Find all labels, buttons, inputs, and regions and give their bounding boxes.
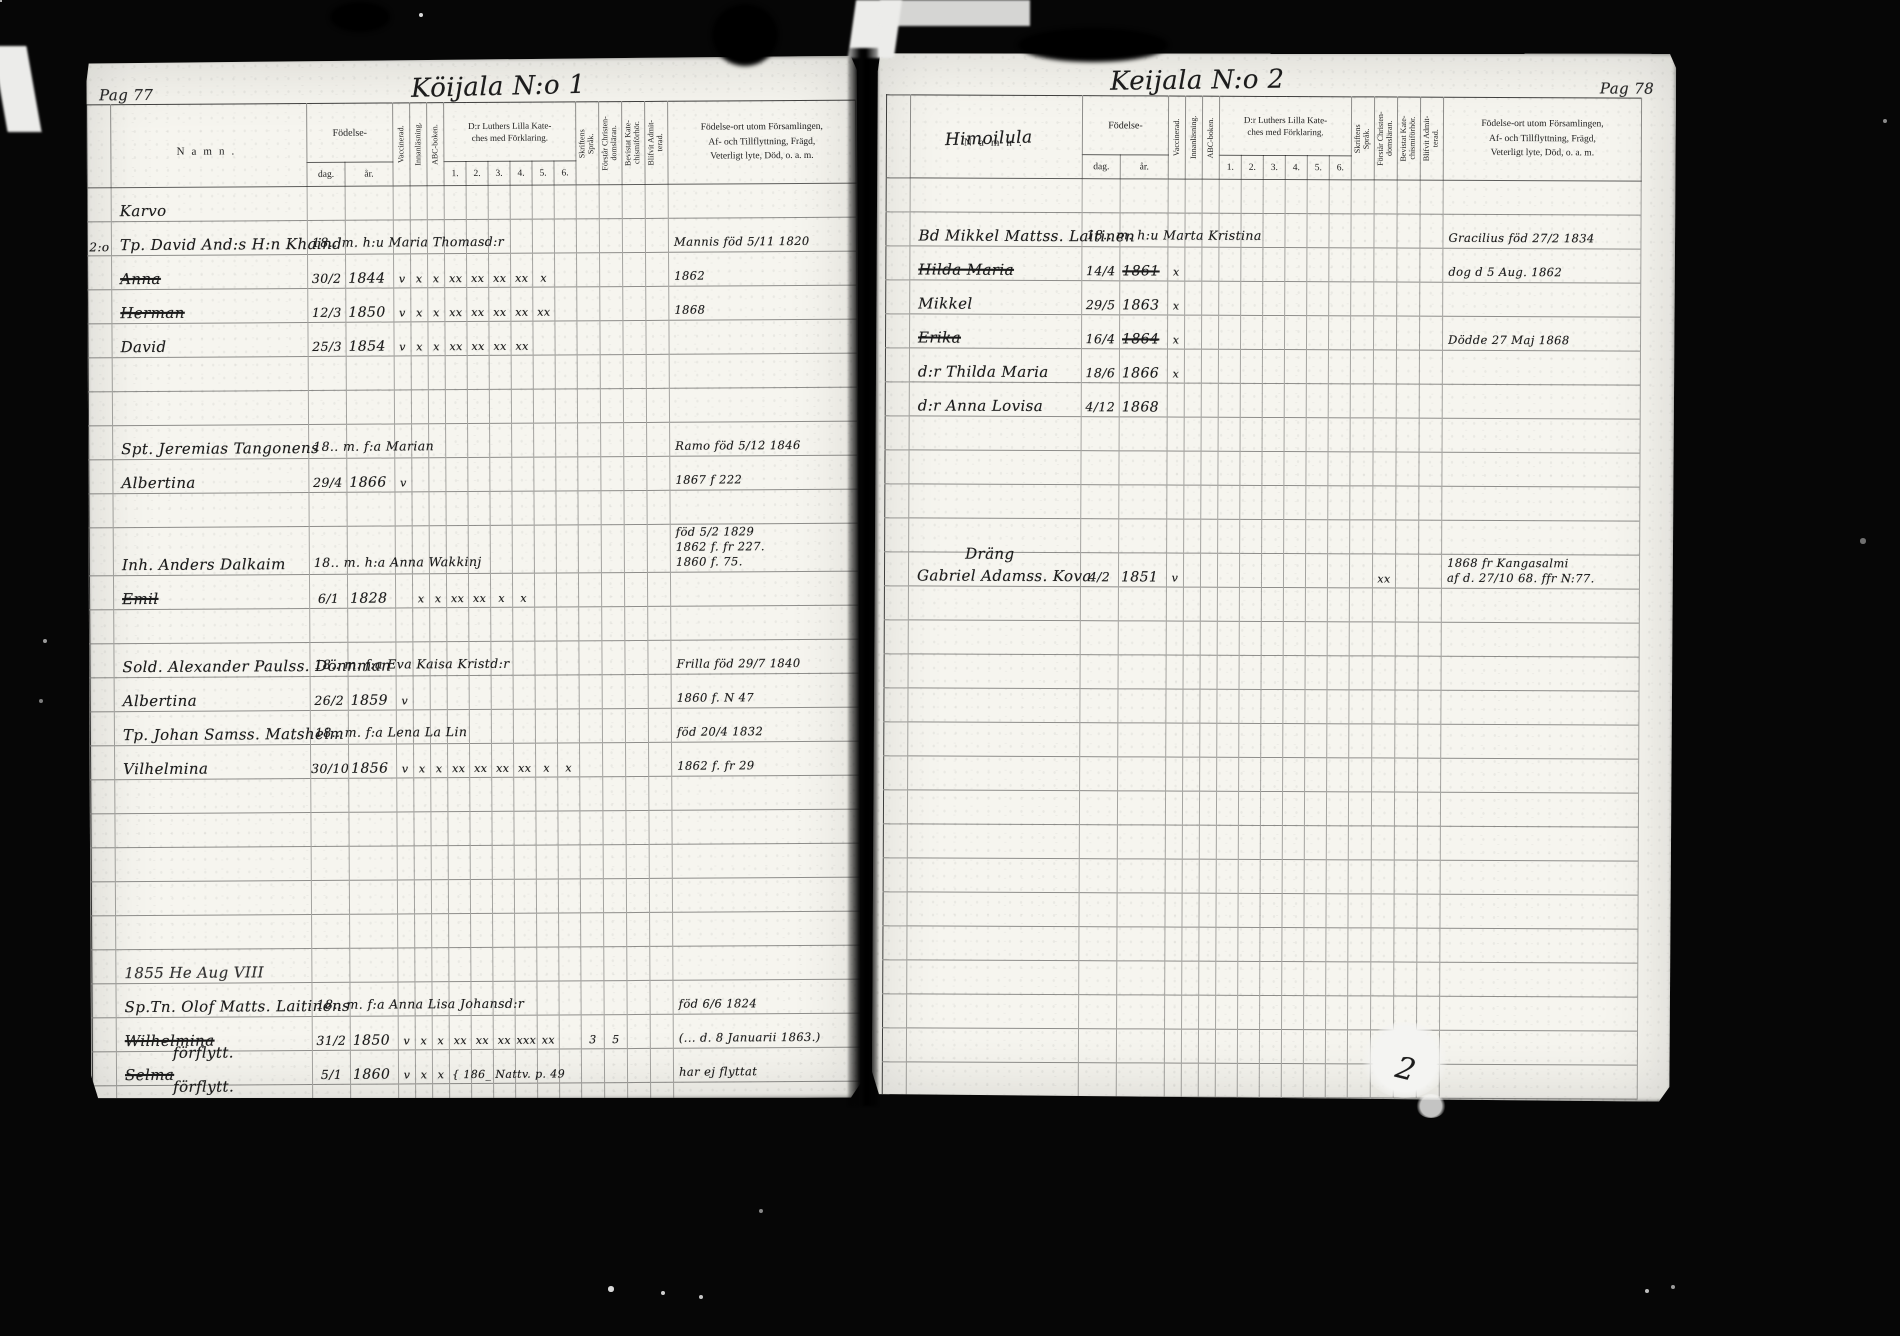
handwritten-entry: Albertina <box>123 692 197 710</box>
reading-column-header: Innanläsning. <box>1185 96 1202 179</box>
table-row: Inh. Anders Dalkaim18.. m. h:a Anna Wakk… <box>89 523 858 576</box>
handwritten-entry: 1864 <box>1120 331 1159 347</box>
vaccinated-column-header: Vaccinerad. <box>1168 96 1185 179</box>
table-row: Herman12/31850vxxxxxxxxxxxx1868 <box>88 285 857 324</box>
film-tear-patch <box>0 46 42 132</box>
birth-column-header: Födelse- <box>307 103 393 163</box>
handwritten-entry: v <box>401 694 408 707</box>
right-page-number: Pag 78 <box>1600 79 1654 97</box>
handwritten-entry: 20/5 <box>317 1101 347 1116</box>
table-row: Mikkel29/51863x <box>886 280 1641 317</box>
remark-entry: Mannis föd 5/11 1820 <box>669 234 856 252</box>
empty-row <box>884 586 1639 623</box>
handwritten-entry: 1855 He Aug VIII <box>124 963 264 982</box>
handwritten-entry: v <box>399 272 406 285</box>
handwritten-entry: Spt. Jeremias Tangonens <box>121 439 319 458</box>
book-gutter <box>848 48 878 1106</box>
handwritten-entry: v <box>404 1068 411 1081</box>
handwritten-entry: xx <box>498 1034 511 1047</box>
empty-row <box>91 877 860 916</box>
remark-entry: 1860 f. N 47 <box>672 690 859 708</box>
empty-row <box>885 484 1640 521</box>
handwritten-entry: 5 <box>612 1033 619 1046</box>
handwritten-entry: Erika <box>918 328 961 346</box>
handwritten-entry: v <box>399 340 406 353</box>
empty-row <box>90 605 859 644</box>
register-table-left: Namn. Födelse- Vaccinerad. Innanläsning.… <box>86 100 862 1120</box>
right-page-top: Keijala N:o 2 Pag 78 <box>876 50 1676 97</box>
remarks-column-header: Födelse-ort utom Församlingen, Af- och T… <box>668 100 856 184</box>
table-row: Gabriel Adamss. KovaDräng4/21851vxx1868 … <box>884 552 1639 589</box>
catechism-exam-column-header: Bevistat Kate- chismiförhör. <box>622 101 646 184</box>
left-page-number: Pag 77 <box>99 86 153 104</box>
table-row: Emil6/11828xxxxxxxx <box>89 571 858 610</box>
handwritten-entry: Albertina <box>121 474 195 492</box>
handwritten-entry: xx <box>493 340 506 353</box>
handwritten-entry: x <box>416 340 423 353</box>
catechism-4: 4. <box>1285 156 1307 180</box>
catechism-5: 5. <box>1307 156 1329 180</box>
name-column-header: Himoilula Namn. <box>910 95 1082 179</box>
name-column-header: Namn. <box>111 104 308 188</box>
village-name-annotation: Himoilula <box>945 127 1033 150</box>
table-row: d:r Anna Lovisa4/121868 <box>885 382 1640 419</box>
admitted-column-header: Blifvit Admit- terad. <box>1420 97 1443 180</box>
register-tbody-right: Bd Mikkel Mattss. Laitinen18.. m. h:u Ma… <box>882 178 1641 1099</box>
birth-day-subheader: dag. <box>1082 155 1120 179</box>
admitted-column-header: Blifvit Admit- terad. <box>645 101 669 184</box>
handwritten-entry: Karvo <box>120 202 167 220</box>
handwritten-entry: 29/5 <box>1086 297 1116 312</box>
handwritten-entry: x <box>416 306 423 319</box>
handwritten-entry: x <box>435 592 442 605</box>
empty-row <box>88 353 857 392</box>
handwritten-entry: 25/3 <box>312 339 342 354</box>
catechism-2: 2. <box>1241 155 1263 179</box>
understands-doctrine-column-header: Förstår Christen- domsläran. <box>599 102 623 185</box>
catechism-column-header: D:r Luthers Lilla Kate- ches med Förklar… <box>1219 96 1351 156</box>
scripture-language-column-header: Skriftens Språk. <box>576 102 600 185</box>
handwritten-entry: xx <box>518 761 531 774</box>
handwritten-entry: xx <box>451 592 464 605</box>
empty-row <box>886 178 1641 215</box>
handwritten-entry: 1863 <box>1120 297 1159 313</box>
handwritten-entry: d:r Thilda Maria <box>918 362 1049 381</box>
remark-entry: 1868 <box>669 302 856 320</box>
register-table-right: Himoilula Namn. Födelse- Vaccinerad. Inn… <box>882 94 1642 1099</box>
handwritten-entry: v <box>1172 572 1179 585</box>
handwritten-entry: 3 <box>589 1033 596 1046</box>
empty-row <box>91 775 860 814</box>
empty-row <box>884 620 1639 657</box>
light-blob <box>1416 1094 1446 1118</box>
table-row: Sp.Tn. Olof Matts. Laitinens18.. m. f:a … <box>92 979 861 1018</box>
empty-row <box>884 688 1639 725</box>
handwritten-entry: xx <box>449 272 462 285</box>
handwritten-entry: Hilda Maria <box>918 260 1014 278</box>
empty-row <box>883 960 1638 997</box>
handwritten-entry: 30/2 <box>312 271 342 286</box>
handwritten-entry: v <box>403 1034 410 1047</box>
handwritten-entry: 1868 <box>1120 399 1159 415</box>
empty-row <box>883 892 1638 929</box>
handwritten-entry: Inh. Anders Dalkaim <box>122 555 286 574</box>
handwritten-entry: xx <box>476 1034 489 1047</box>
reading-column-header: Innanläsning. <box>410 103 428 186</box>
handwritten-entry: förflytt. <box>173 1077 234 1095</box>
table-row: Vilhelmina30/101856vxxxxxxxxxxxx1862 f. … <box>91 741 860 780</box>
handwritten-entry: x <box>565 761 572 774</box>
handwritten-entry: x <box>540 272 547 285</box>
handwritten-entry: 18.. m. f:a Marian <box>313 438 434 454</box>
handwritten-entry: x <box>543 761 550 774</box>
handwritten-entry: 1851 <box>1119 569 1158 585</box>
empty-row <box>91 809 860 848</box>
catechism-6: 6. <box>554 161 576 185</box>
empty-row <box>883 824 1638 861</box>
handwritten-entry: d:r Anna Lovisa <box>918 396 1043 415</box>
handwritten-entry: xx <box>449 306 462 319</box>
empty-row <box>884 756 1639 793</box>
remark-entry: har ej flyttat <box>674 1064 861 1082</box>
row-number-header <box>886 95 910 178</box>
handwritten-entry: 1828 <box>348 590 387 606</box>
handwritten-entry: xx <box>537 306 550 319</box>
handwritten-entry: Hans <box>125 1100 166 1118</box>
handwritten-entry: xx <box>515 272 528 285</box>
birth-year-subheader: år. <box>345 162 393 186</box>
table-row: Sold. Alexander Paulss. Dönnman18.. m. f… <box>90 639 859 678</box>
remark-entry: 1868 fr Kangasalmi af d. 27/10 68. ffr N… <box>1442 556 1639 589</box>
birth-day-subheader: dag. <box>307 162 345 186</box>
left-page-title: Köijala N:o 1 <box>410 70 585 104</box>
handwritten-entry: 18.. m. f:a Lena La Lin <box>315 724 467 740</box>
left-page: Pag 77 Köijala N:o 1 Namn. Födelse- Vacc… <box>85 56 863 1103</box>
remark-entry: 1862 f. fr 29 <box>672 758 859 776</box>
table-row: 2:oTp. David And:s H:n Khaind18.. m. h:u… <box>87 217 856 256</box>
handwritten-entry: 1859 <box>349 692 388 708</box>
ink-smudge <box>712 4 778 66</box>
table-row: Tp. Johan Samss. Matsheim18.. m. f:a Len… <box>90 707 859 746</box>
handwritten-entry: x <box>520 591 527 604</box>
table-row: Hilda Maria14/41861xdog d 5 Aug. 1862 <box>886 246 1641 283</box>
abc-book-column-header: ABC-boken. <box>1202 96 1219 179</box>
catechism-3: 3. <box>488 161 510 185</box>
handwritten-entry: xx <box>473 592 486 605</box>
handwritten-entry: 12/3 <box>312 305 342 320</box>
handwritten-entry: Emil <box>122 590 158 608</box>
handwritten-entry: Vilhelmina <box>123 759 208 778</box>
handwritten-entry: x <box>416 272 423 285</box>
remark-entry: Frilla föd 29/7 1840 <box>672 656 859 674</box>
handwritten-entry: xx <box>493 272 506 285</box>
remarks-column-header: Födelse-ort utom Församlingen, Af- och T… <box>1443 97 1641 181</box>
handwritten-entry: 1861 <box>1120 263 1159 279</box>
catechism-4: 4. <box>510 161 532 185</box>
handwritten-entry: 18.. m. h:u Marta Kristina <box>1086 227 1261 243</box>
table-row: 1855 He Aug VIII <box>92 945 861 984</box>
handwritten-entry: 2:o <box>89 240 109 254</box>
handwritten-entry: x <box>436 762 443 775</box>
handwritten-entry: Anna <box>120 270 161 288</box>
handwritten-entry: 1866 <box>1120 365 1159 381</box>
handwritten-entry: xx <box>471 306 484 319</box>
handwritten-entry: 1858 <box>351 1100 390 1116</box>
catechism-1: 1. <box>444 162 466 186</box>
remark-entry: föd 5/2 1829 1862 f. fr 227. 1860 f. 75. <box>671 524 858 572</box>
remark-entry: 1862 <box>669 268 856 286</box>
handwritten-entry: 26/2 <box>314 693 344 708</box>
handwritten-entry: x <box>418 592 425 605</box>
handwritten-entry: v <box>402 762 409 775</box>
catechism-exam-column-header: Bevistat Kate- chismiförhör. <box>1397 97 1420 180</box>
handwritten-entry: 1854 <box>347 339 386 355</box>
remark-entry: Dödde 27 Maj 1868 <box>1443 333 1640 351</box>
handwritten-entry: x <box>438 1068 445 1081</box>
ink-smudge <box>1018 28 1168 62</box>
table-row: Bd Mikkel Mattss. Laitinen18.. m. h:u Ma… <box>886 212 1641 249</box>
handwritten-entry: Herman <box>120 304 184 322</box>
empty-row <box>882 1028 1637 1065</box>
register-tbody-left: Karvo2:oTp. David And:s H:n Khaind18.. m… <box>87 183 862 1119</box>
table-row: Anna30/21844vxxxxxxxxxxx1862 <box>88 251 857 290</box>
handwritten-entry: x <box>1173 368 1180 381</box>
handwritten-entry: xx <box>452 762 465 775</box>
handwritten-entry: xx <box>515 340 528 353</box>
remark-entry: föd 20/4 1832 <box>672 724 859 742</box>
catechism-1: 1. <box>1219 155 1241 179</box>
handwritten-entry: x <box>1173 266 1180 279</box>
handwritten-entry: xx <box>496 762 509 775</box>
handwritten-entry: x <box>498 592 505 605</box>
ink-smudge <box>330 2 390 32</box>
table-row: Erika16/41864xDödde 27 Maj 1868 <box>885 314 1640 351</box>
handwritten-entry: xx <box>493 306 506 319</box>
handwritten-entry: 4/12 <box>1085 399 1115 414</box>
handwritten-entry: 29/4 <box>313 475 343 490</box>
empty-row <box>883 858 1638 895</box>
handwritten-entry: 18.. m. h:a Anna Wakkinj <box>314 554 482 570</box>
handwritten-entry: x <box>433 272 440 285</box>
catechism-column-header: D:r Luthers Lilla Kate- ches med Förklar… <box>444 102 576 162</box>
handwritten-entry: 18.. m. h:u Maria Thomasd:r <box>312 234 504 250</box>
handwritten-entry: x <box>421 1068 428 1081</box>
handwritten-entry: 18/6 <box>1086 365 1116 380</box>
remark-entry: (... d. 8 Januarii 1863.) <box>674 1030 861 1048</box>
handwritten-entry: 16/4 <box>1086 331 1116 346</box>
table-row: d:r Thilda Maria18/61866x <box>885 348 1640 385</box>
scripture-language-column-header: Skriftens Språk. <box>1351 97 1374 180</box>
empty-row <box>884 722 1639 759</box>
handwritten-entry: xx <box>515 306 528 319</box>
remark-entry: föd 6/6 1824 <box>674 996 861 1014</box>
handwritten-entry: 18.. m. f:a Anna Lisa Johansd:r <box>317 996 525 1012</box>
catechism-5: 5. <box>532 161 554 185</box>
film-specks <box>0 0 2 2</box>
handwritten-entry: xx <box>449 340 462 353</box>
table-row: David25/31854vxxxxxxxxxx <box>88 319 857 358</box>
vaccinated-column-header: Vaccinerad. <box>393 103 411 186</box>
handwritten-entry: 1860 <box>351 1066 390 1082</box>
handwritten-entry: 1844 <box>346 271 385 287</box>
empty-row <box>91 843 860 882</box>
handwritten-entry: xx <box>542 1033 555 1046</box>
handwritten-entry: 1850 <box>351 1032 390 1048</box>
empty-row <box>882 1062 1637 1099</box>
handwritten-entry: xx <box>471 340 484 353</box>
handwritten-entry: xx <box>454 1034 467 1047</box>
table-row: Karvo <box>87 183 856 222</box>
handwritten-entry: Dräng <box>965 545 1014 563</box>
remark-entry: dog d 5 Aug. 1862 <box>1443 265 1640 283</box>
handwritten-entry: x <box>433 340 440 353</box>
catechism-6: 6. <box>1329 156 1351 180</box>
table-row: Hansförflytt.20/51858 <box>93 1081 862 1120</box>
empty-row <box>883 790 1638 827</box>
empty-row <box>88 387 857 426</box>
handwritten-entry: xx <box>1377 572 1390 585</box>
empty-row <box>883 994 1638 1031</box>
handwritten-entry: 14/4 <box>1086 263 1116 278</box>
table-header: Himoilula Namn. Födelse- Vaccinerad. Inn… <box>886 95 1641 181</box>
handwritten-entry: David <box>121 338 167 356</box>
table-header: Namn. Födelse- Vaccinerad. Innanläsning.… <box>87 100 856 188</box>
handwritten-entry: v <box>399 306 406 319</box>
handwritten-entry: Mikkel <box>918 294 972 312</box>
empty-row <box>884 654 1639 691</box>
handwritten-entry: 1866 <box>347 475 386 491</box>
handwritten-entry: 1856 <box>349 760 388 776</box>
abc-book-column-header: ABC-boken. <box>427 103 445 186</box>
remark-entry: 1867 f 222 <box>670 472 857 490</box>
handwritten-entry: 1850 <box>346 305 385 321</box>
right-page: Keijala N:o 2 Pag 78 Himoilula Namn. <box>872 50 1677 1101</box>
handwritten-entry: förflytt. <box>173 1043 234 1061</box>
empty-row <box>885 450 1640 487</box>
scanned-parish-register-spread: Pag 77 Köijala N:o 1 Namn. Födelse- Vacc… <box>0 0 1900 1336</box>
handwritten-entry: x <box>420 1034 427 1047</box>
empty-row <box>89 489 858 528</box>
handwritten-entry: 18.. m. f:a Eva Kaisa Kristd:r <box>314 656 509 672</box>
handwritten-entry: 5/1 <box>321 1067 342 1082</box>
table-row: Albertina29/41866v1867 f 222 <box>89 455 858 494</box>
handwritten-entry: x <box>433 306 440 319</box>
catechism-3: 3. <box>1263 155 1285 179</box>
handwritten-entry: 6/1 <box>318 591 339 606</box>
handwritten-entry: v <box>400 476 407 489</box>
table-row: Albertina26/21859v1860 f. N 47 <box>90 673 859 712</box>
birth-column-header: Födelse- <box>1082 96 1168 155</box>
row-number-header <box>87 105 112 188</box>
handwritten-entry: x <box>1173 300 1180 313</box>
handwritten-entry: 4/2 <box>1089 569 1110 584</box>
handwritten-entry: 30/10 <box>311 761 349 776</box>
handwritten-entry: x <box>419 762 426 775</box>
birth-year-subheader: år. <box>1120 155 1168 179</box>
table-row: Spt. Jeremias Tangonens18.. m. f:a Maria… <box>89 421 858 460</box>
handwritten-entry: xxx <box>516 1033 536 1046</box>
handwritten-entry: { 186_ Nattv. p. 49 <box>452 1067 565 1081</box>
empty-row <box>92 911 861 950</box>
handwritten-entry: 31/2 <box>316 1033 346 1048</box>
handwritten-entry: x <box>1173 334 1180 347</box>
remark-entry: Gracilius föd 27/2 1834 <box>1443 231 1640 249</box>
empty-row <box>885 416 1640 453</box>
right-page-title: Keijala N:o 2 <box>1110 65 1285 97</box>
handwritten-entry: Gabriel Adamss. Kova <box>917 566 1092 585</box>
film-tear-patch <box>880 0 1030 26</box>
catechism-2: 2. <box>466 161 488 185</box>
understands-doctrine-column-header: Förstår Christen- domsläran. <box>1374 97 1397 180</box>
empty-row <box>883 926 1638 963</box>
handwritten-entry: xx <box>471 272 484 285</box>
handwritten-entry: xx <box>474 762 487 775</box>
remark-entry: Ramo föd 5/12 1846 <box>670 438 857 456</box>
handwritten-entry: x <box>437 1034 444 1047</box>
handwritten-entry: Selma <box>125 1066 174 1084</box>
